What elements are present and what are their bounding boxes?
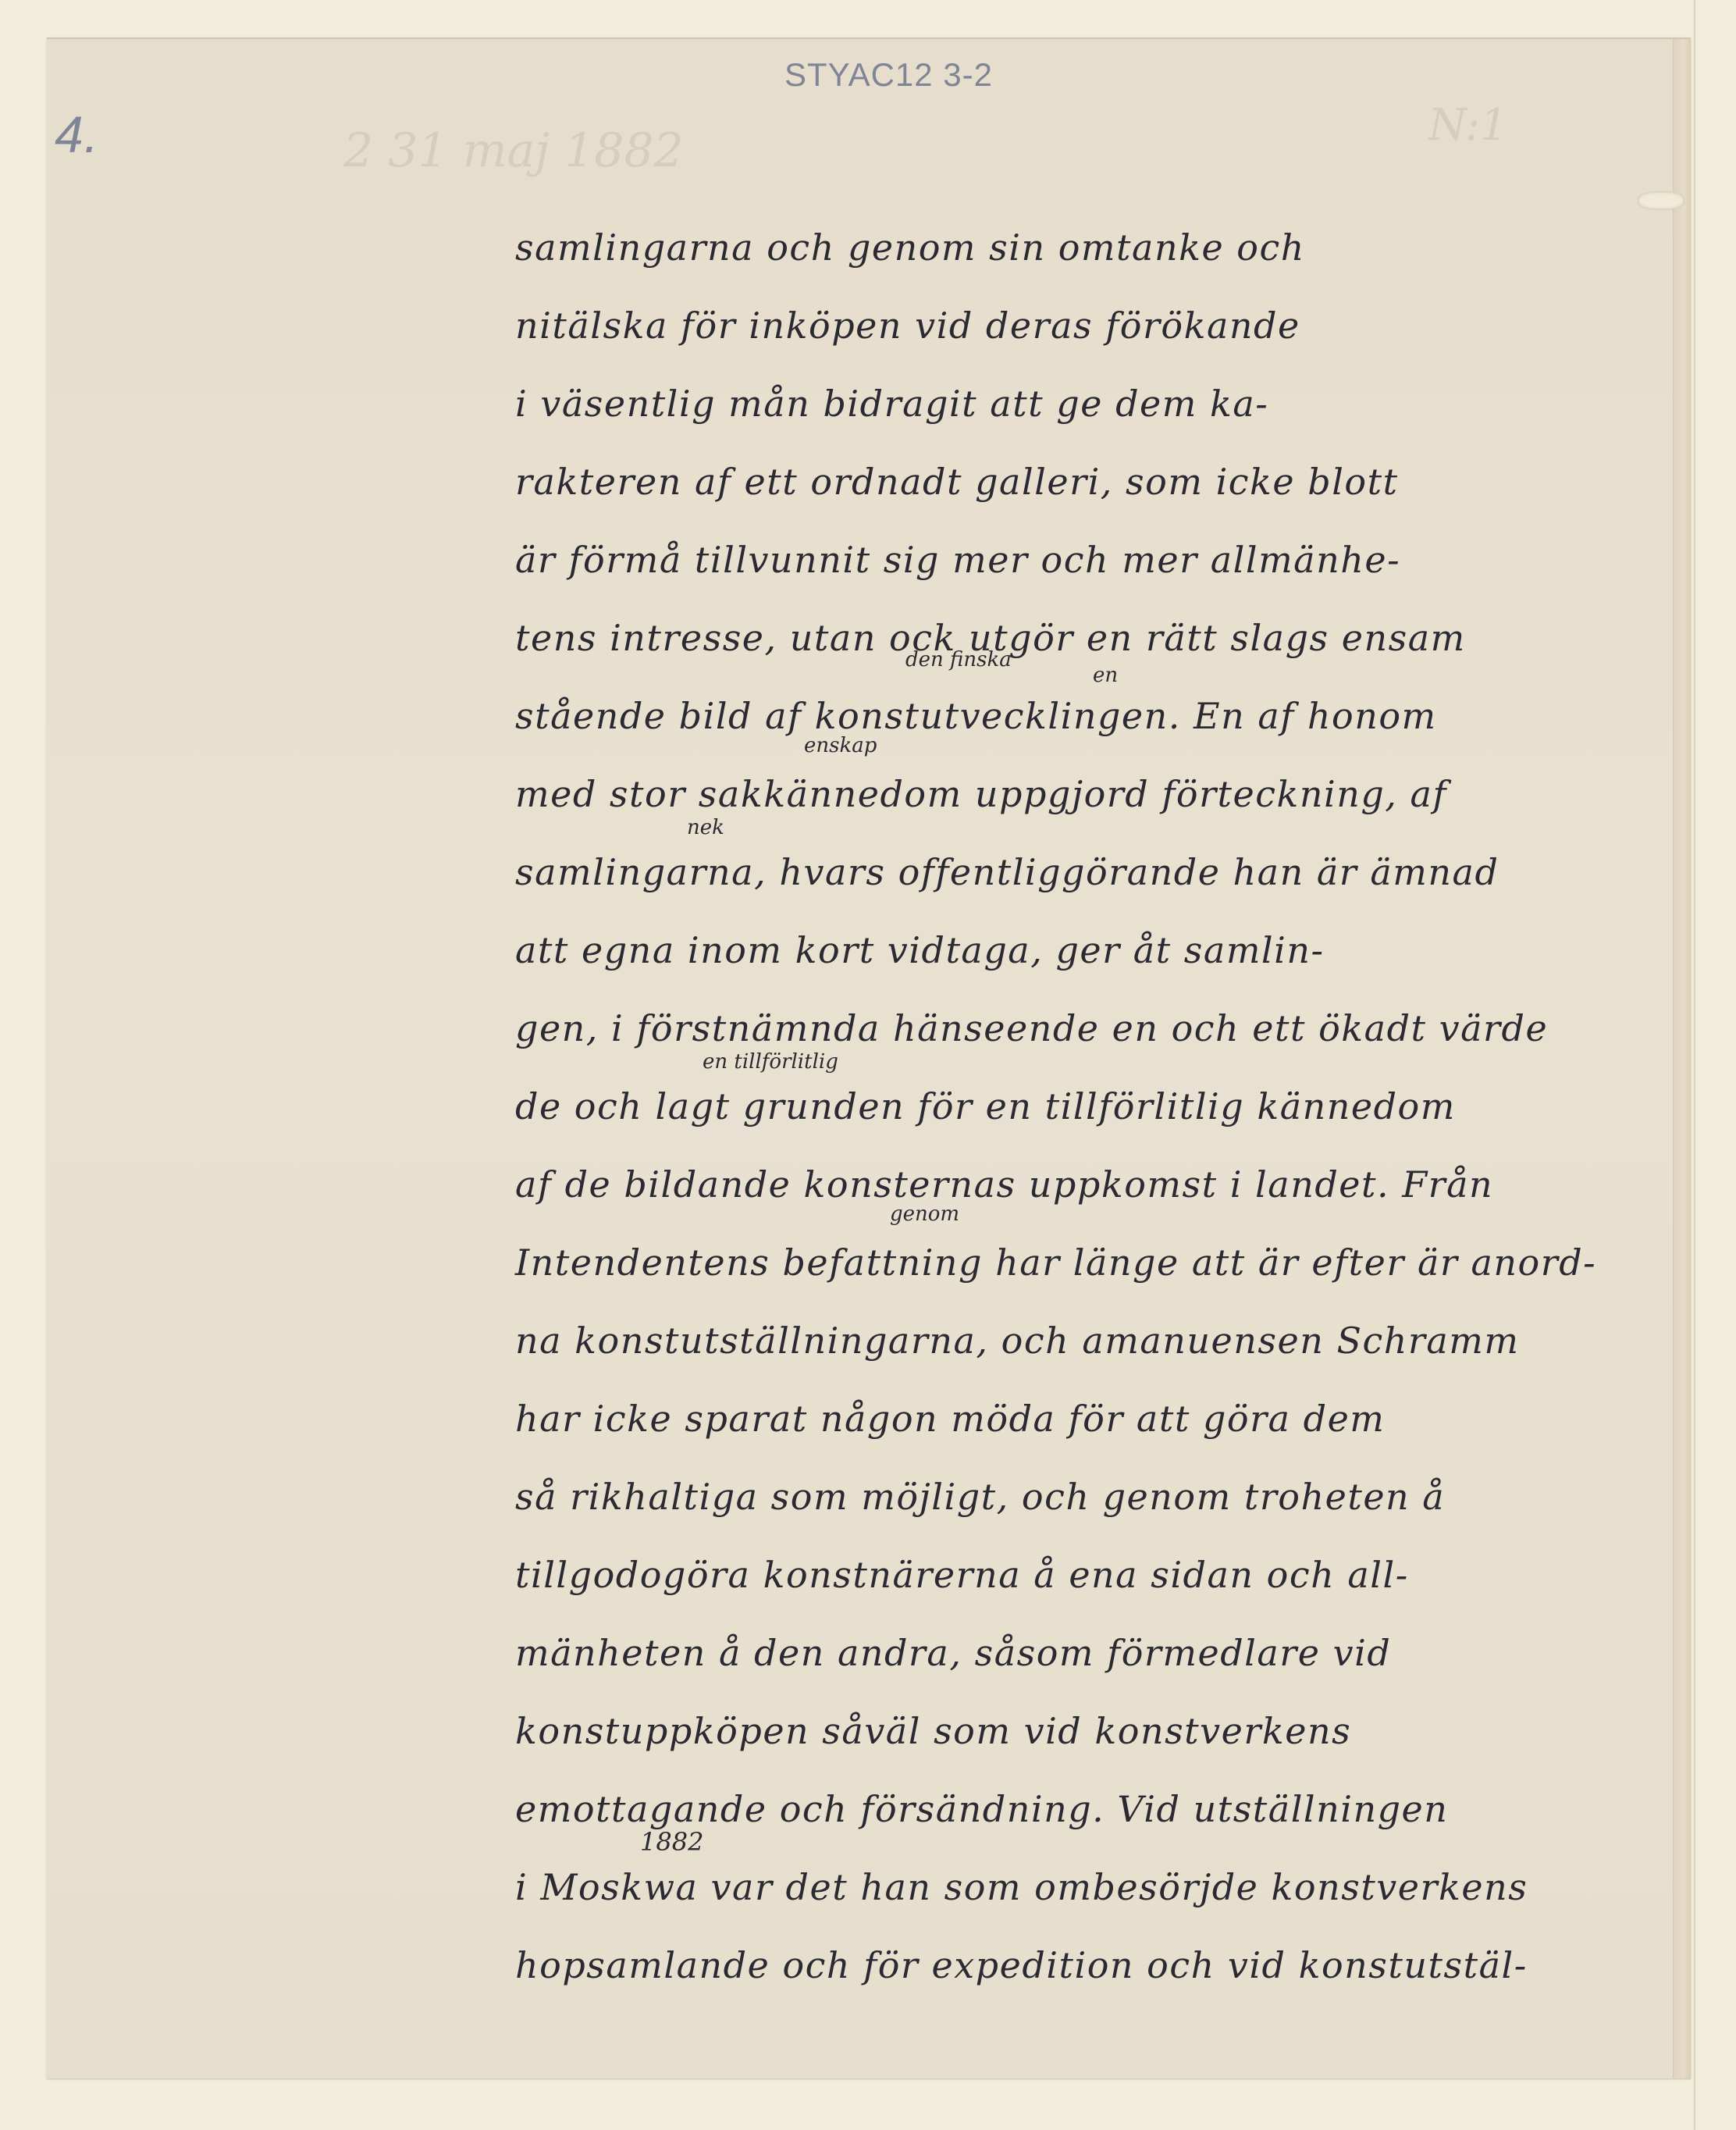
manuscript-line: na konstutställningarna, och amanuensen … — [515, 1320, 1520, 1362]
manuscript-line: är förmå tillvunnit sig mer och mer allm… — [515, 539, 1400, 581]
manuscript-line: de och lagt grunden för en tillförlitlig… — [515, 1085, 1456, 1127]
manuscript-line: har icke sparat någon möda för att göra … — [515, 1398, 1385, 1440]
interlinear-insertion: enskap — [804, 734, 877, 757]
manuscript-page: STYAC12 3-2 4. 2 31 maj 1882 N:1 samling… — [47, 37, 1691, 2078]
manuscript-line: så rikhaltiga som möjligt, och genom tro… — [515, 1476, 1445, 1518]
faint-pencil-corner: N:1 — [1428, 100, 1508, 151]
manuscript-line: stående bild af konstutvecklingen. En af… — [515, 695, 1437, 737]
page-number: 4. — [55, 105, 99, 164]
manuscript-line: hopsamlande och för expedition och vid k… — [515, 1944, 1528, 1986]
archive-id: STYAC12 3-2 — [784, 56, 993, 94]
manuscript-line: rakteren af ett ordnadt galleri, som ick… — [515, 461, 1399, 503]
interlinear-insertion: en — [1093, 664, 1118, 687]
interlinear-insertion: nek — [687, 816, 724, 839]
interlinear-insertion: genom — [890, 1202, 959, 1226]
paper-tear — [1638, 191, 1684, 210]
manuscript-line: mänheten å den andra, såsom förmedlare v… — [515, 1632, 1391, 1674]
manuscript-line: i Moskwa var det han som ombesörjde kons… — [515, 1866, 1528, 1908]
interlinear-insertion: en tillförlitlig — [703, 1050, 838, 1074]
manuscript-line: tillgodogöra konstnärerna å ena sidan oc… — [515, 1554, 1409, 1596]
manuscript-line: konstuppköpen såväl som vid konstverkens — [515, 1710, 1351, 1752]
interlinear-insertion: den finska — [905, 648, 1012, 671]
manuscript-line: samlingarna, hvars offentliggörande han … — [515, 851, 1499, 893]
manuscript-line: med stor sakkännedom uppgjord förtecknin… — [515, 773, 1447, 815]
manuscript-line: emottagande och försändning. Vid utställ… — [515, 1788, 1448, 1830]
manuscript-line: nitälska för inköpen vid deras förökande — [515, 305, 1300, 347]
manuscript-line: samlingarna och genom sin omtanke och — [515, 226, 1305, 269]
manuscript-line: af de bildande konsternas uppkomst i lan… — [515, 1163, 1493, 1206]
faint-pencil-date: 2 31 maj 1882 — [343, 123, 684, 178]
page-fold-strip — [1673, 39, 1691, 2078]
manuscript-line: Intendentens befattning har länge att är… — [515, 1241, 1596, 1284]
manuscript-line: att egna inom kort vidtaga, ger åt samli… — [515, 929, 1325, 971]
manuscript-line: gen, i förstnämnda hänseende en och ett … — [515, 1007, 1548, 1049]
manuscript-line: i väsentlig mån bidragit att ge dem ka- — [515, 383, 1268, 425]
interlinear-insertion: 1882 — [640, 1827, 703, 1857]
mount-edge-line — [1694, 0, 1695, 2130]
